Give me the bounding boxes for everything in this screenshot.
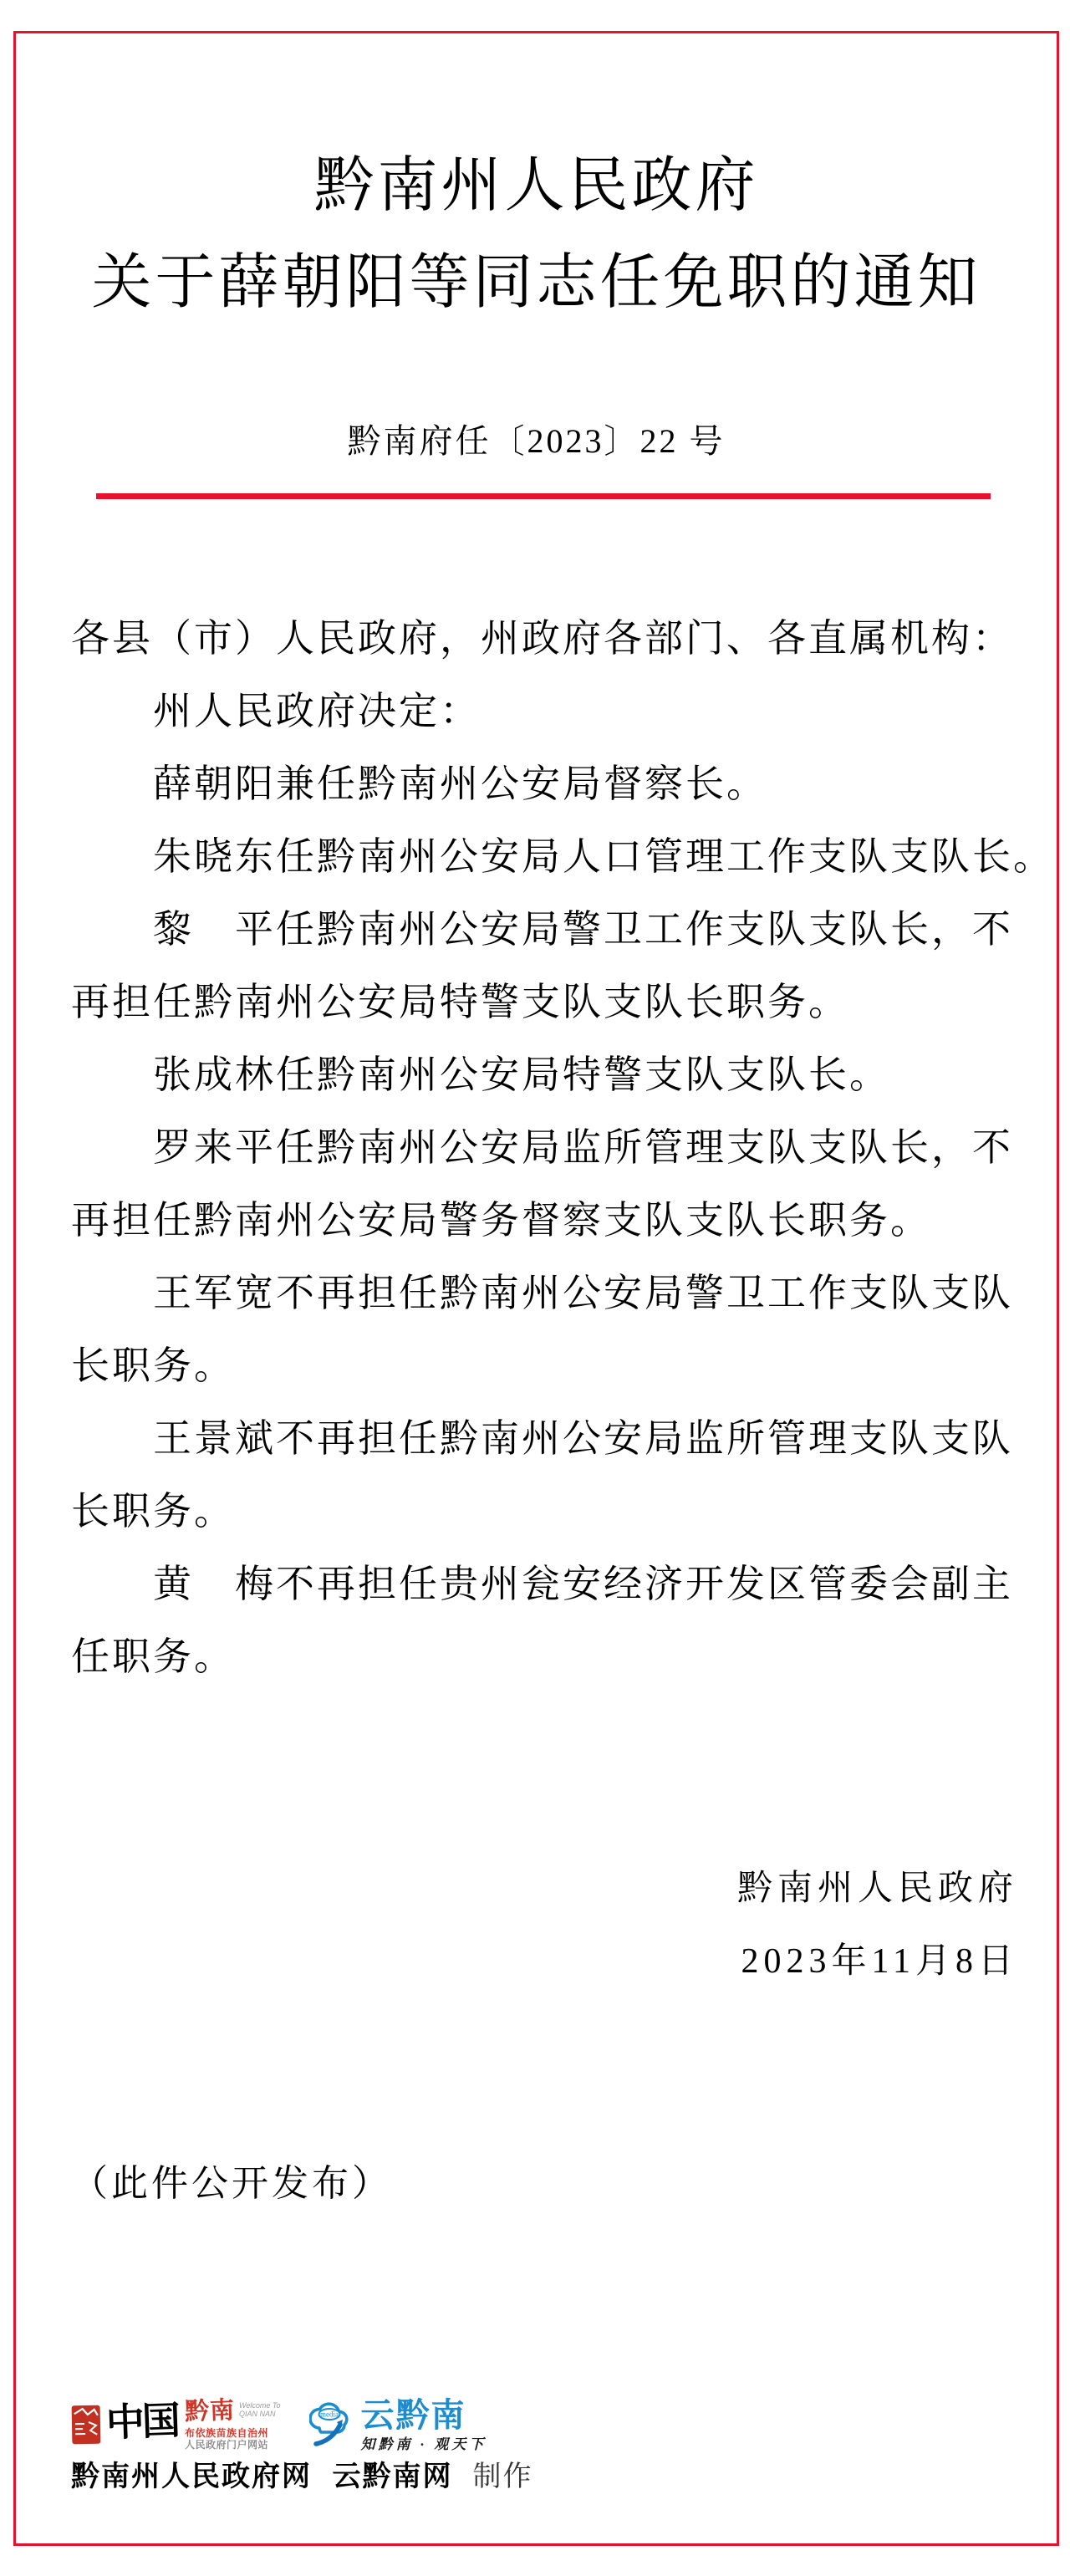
- document-title-line1: 黔南州人民政府: [16, 151, 1057, 221]
- yun-qiannan-slogan-text: 知黔南 · 观天下: [361, 2437, 487, 2451]
- document-red-border-frame: 黔南州人民政府 关于薛朝阳等同志任免职的通知 黔南府任〔2023〕22 号 各县…: [13, 31, 1059, 2546]
- red-divider-line: [96, 493, 991, 499]
- cloud-media-icon: media: [309, 2399, 354, 2451]
- signature-organization: 黔南州人民政府: [16, 1853, 1018, 1926]
- svg-text:media: media: [320, 2410, 339, 2419]
- signature-block: 黔南州人民政府 2023年11月8日: [16, 1853, 1057, 1998]
- produce-label-text: 制作: [473, 2461, 533, 2492]
- yun-qiannan-logo: media 云黔南 知黔南 · 观天下: [309, 2399, 487, 2451]
- china-calligraphy-text: 中国: [104, 2401, 181, 2447]
- body-text-line: 各县（市）人民政府，州政府各部门、各直属机构：: [71, 602, 1007, 675]
- producer-credit-line: 黔南州人民政府网 云黔南网制作: [71, 2459, 533, 2496]
- body-text-line: 黎 平任黔南州公安局警卫工作支队支队长，不: [71, 893, 1007, 966]
- yun-qiannan-name-text: 云黔南: [361, 2399, 487, 2432]
- body-text-line: 再担任黔南州公安局警务督察支队支队长职务。: [71, 1184, 1007, 1257]
- china-qiannan-logo: 中国 黔南 Welcome To QIAN NAN 布依族苗族自治州 人民政府门…: [71, 2400, 281, 2450]
- body-text-line: 王景斌不再担任黔南州公安局监所管理支队支队: [71, 1402, 1007, 1475]
- document-number: 黔南府任〔2023〕22 号: [16, 415, 1057, 462]
- body-text-line: 黄 梅不再担任贵州瓮安经济开发区管委会副主: [71, 1548, 1007, 1620]
- body-text-line: 再担任黔南州公安局特警支队支队长职务。: [71, 966, 1007, 1038]
- document-body: 各县（市）人民政府，州政府各部门、各直属机构： 州人民政府决定： 薛朝阳兼任黔南…: [71, 602, 1007, 1693]
- autonomous-prefecture-text: 布依族苗族自治州: [185, 2428, 281, 2438]
- government-portal-text: 人民政府门户网站: [185, 2440, 281, 2450]
- document-title-line2: 关于薛朝阳等同志任免职的通知: [16, 248, 1057, 318]
- body-text-line: 朱晓东任黔南州公安局人口管理工作支队支队长。: [71, 820, 1007, 893]
- red-seal-icon: [71, 2404, 102, 2446]
- qiannan-calligraphy-text: 黔南: [185, 2399, 236, 2425]
- body-text-line: 薛朝阳兼任黔南州公安局督察长。: [71, 747, 1007, 820]
- producer-sites-text: 黔南州人民政府网 云黔南网: [71, 2461, 453, 2492]
- notice-page: { "page": { "title_line1": "黔南州人民政府", "t…: [0, 0, 1070, 2576]
- welcome-to-qiannan-text: Welcome To QIAN NAN: [239, 2400, 281, 2418]
- signature-date: 2023年11月8日: [16, 1926, 1018, 1998]
- public-release-note: （此件公开发布）: [71, 2159, 392, 2209]
- body-text-line: 王军宽不再担任黔南州公安局警卫工作支队支队: [71, 1257, 1007, 1329]
- body-text-line: 张成林任黔南州公安局特警支队支队长。: [71, 1038, 1007, 1111]
- body-text-line: 罗来平任黔南州公安局监所管理支队支队长，不: [71, 1111, 1007, 1184]
- footer-logos: 中国 黔南 Welcome To QIAN NAN 布依族苗族自治州 人民政府门…: [71, 2391, 487, 2458]
- body-text-line: 长职务。: [71, 1475, 1007, 1548]
- body-text-line: 任职务。: [71, 1620, 1007, 1693]
- body-text-line: 长职务。: [71, 1329, 1007, 1402]
- body-text-line: 州人民政府决定：: [71, 675, 1007, 747]
